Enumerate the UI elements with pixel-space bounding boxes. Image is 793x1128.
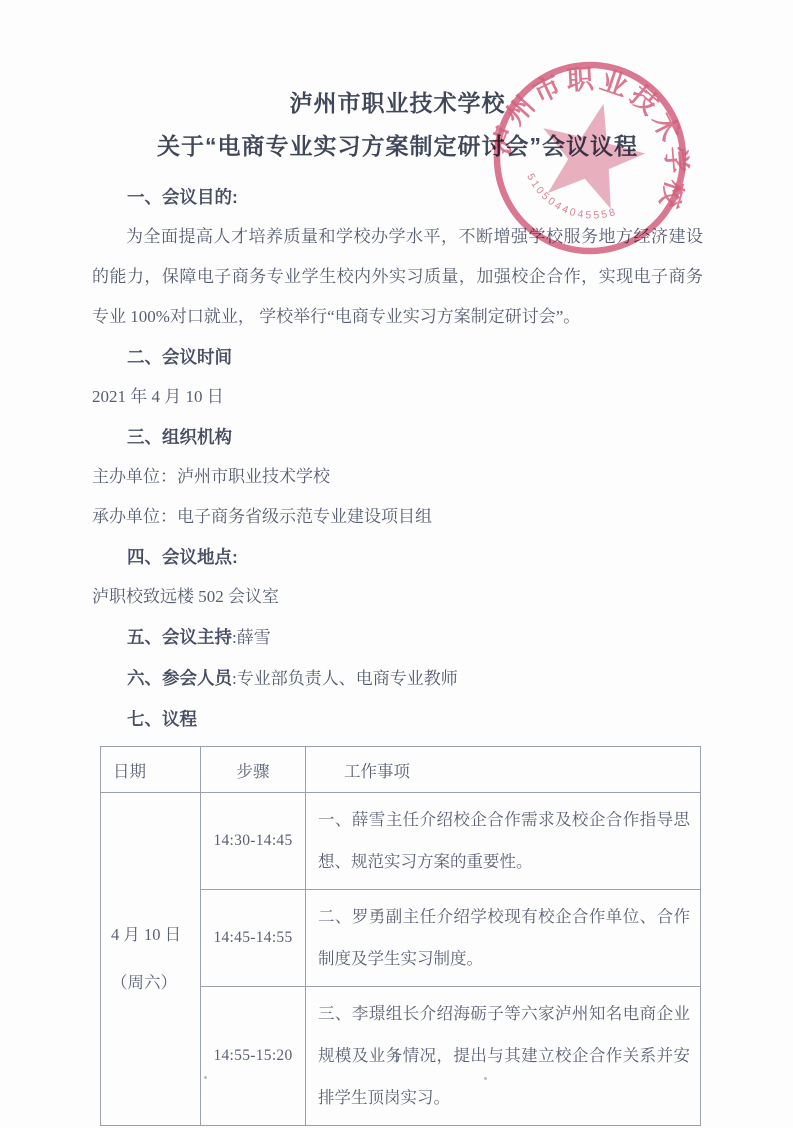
document-page: 泸州市职业技术学校 关于“电商专业实习方案制定研讨会”会议议程 一、会议目的: … [0, 0, 793, 1128]
organizer-unit-line: 承办单位：电子商务省级示范专业建设项目组 [92, 497, 703, 537]
header-step: 步骤 [201, 747, 306, 793]
section-1-paragraph: 为全面提高人才培养质量和学校办学水平，不断增强学校服务地方经济建设的能力，保障电… [92, 217, 703, 337]
date-line1: 4 月 10 日 [111, 911, 200, 959]
scan-speck [484, 1077, 487, 1080]
section-2-heading: 二、会议时间 [92, 337, 703, 377]
participants-value: :专业部负责人、电商专业教师 [232, 669, 458, 688]
date-cell: 4 月 10 日 （周六） [101, 793, 201, 1126]
scan-speck [204, 1076, 207, 1079]
section-6-label: 六、参会人员 [127, 668, 232, 688]
document-content: 泸州市职业技术学校 关于“电商专业实习方案制定研讨会”会议议程 一、会议目的: … [92, 88, 703, 1126]
time-cell: 14:30-14:45 [201, 793, 306, 890]
header-date: 日期 [101, 747, 201, 793]
meeting-place-line: 泸职校致远楼 502 会议室 [92, 577, 703, 617]
host-unit-line: 主办单位：泸州市职业技术学校 [92, 457, 703, 497]
document-title: 泸州市职业技术学校 [92, 88, 703, 118]
section-4-heading: 四、会议地点: [92, 537, 703, 577]
date-line2: （周六） [111, 959, 200, 1007]
agenda-header-row: 日期 步骤 工作事项 [101, 747, 701, 793]
section-5-heading: 五、会议主持:薛雪 [92, 617, 703, 658]
section-6-heading: 六、参会人员:专业部负责人、电商专业教师 [92, 658, 703, 699]
work-item-cell: 二、罗勇副主任介绍学校现有校企合作单位、合作制度及学生实习制度。 [306, 890, 701, 987]
section-7-heading: 七、议程 [92, 699, 703, 739]
work-item-cell: 一、薛雪主任介绍校企合作需求及校企合作指导思想、规范实习方案的重要性。 [306, 793, 701, 890]
table-row: 4 月 10 日 （周六） 14:30-14:45 一、薛雪主任介绍校企合作需求… [101, 793, 701, 890]
section-5-label: 五、会议主持 [127, 627, 232, 647]
meeting-host-value: :薛雪 [232, 628, 271, 647]
time-cell: 14:45-14:55 [201, 890, 306, 987]
header-item: 工作事项 [306, 747, 701, 793]
page-number: 1 [0, 1050, 793, 1066]
agenda-table: 日期 步骤 工作事项 4 月 10 日 （周六） 14:30-14:45 一、薛… [100, 746, 701, 1126]
section-3-heading: 三、组织机构 [92, 417, 703, 457]
section-1-heading: 一、会议目的: [92, 177, 703, 217]
meeting-date-line: 2021 年 4 月 10 日 [92, 377, 703, 417]
document-subtitle: 关于“电商专业实习方案制定研讨会”会议议程 [92, 131, 703, 161]
